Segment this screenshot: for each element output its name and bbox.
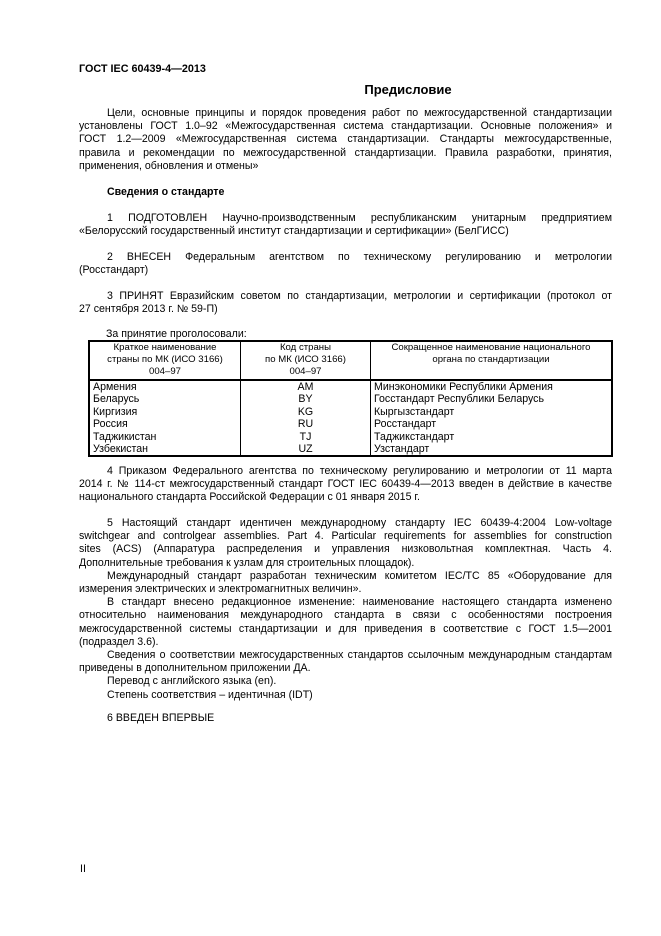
cell-country-code: TJ	[241, 431, 371, 443]
text-line: измерения электрических и электромагнитн…	[79, 583, 612, 596]
text-line: 27 сентября 2013 г. № 59-П)	[79, 303, 612, 316]
cell-national-body: Кыргызстандарт	[371, 406, 613, 418]
text-line: относительно наименования международного…	[79, 609, 612, 622]
text-line: 1 ПОДГОТОВЛЕН Научно-производственным ре…	[79, 212, 612, 225]
item-5: 5 Настоящий стандарт идентичен междунаро…	[79, 517, 612, 702]
table-row: КиргизияKGКыргызстандарт	[89, 406, 612, 418]
text-line: Международный стандарт разработан технич…	[79, 570, 612, 583]
item-6: 6 ВВЕДЕН ВПЕРВЫЕ	[79, 712, 612, 725]
text-line: межгосударственной системы стандартизаци…	[79, 623, 612, 636]
text-line: правила и рекомендации по межгосударстве…	[79, 147, 612, 160]
text-line: национального стандарта Российской Федер…	[79, 491, 612, 504]
cell-country-name: Таджикистан	[89, 431, 241, 443]
text-line: 2 ВНЕСЕН Федеральным агентством по техни…	[79, 251, 612, 264]
text-line: Дополнительные требования к узлам для ст…	[79, 557, 612, 570]
header-national-body: Сокращенное наименование национального о…	[371, 341, 613, 380]
table-row: РоссияRUРосстандарт	[89, 418, 612, 430]
header-country-code: Код страны по МК (ИСО 3166) 004–97	[241, 341, 371, 380]
text-line: приведены в дополнительном приложении ДА…	[79, 662, 612, 675]
item-2: 2 ВНЕСЕН Федеральным агентством по техни…	[79, 251, 612, 277]
cell-national-body: Госстандарт Республики Беларусь	[371, 393, 613, 405]
text-line: применения, обновления и отмены»	[79, 160, 612, 173]
document-code-header: ГОСТ IEC 60439-4—2013	[79, 63, 206, 75]
table-row: УзбекистанUZУзстандарт	[89, 443, 612, 456]
table-header-row: Краткое наименование страны по МК (ИСО 3…	[89, 341, 612, 380]
cell-national-body: Узстандарт	[371, 443, 613, 456]
cell-country-code: RU	[241, 418, 371, 430]
vote-table: Краткое наименование страны по МК (ИСО 3…	[88, 340, 613, 457]
text-line: 5 Настоящий стандарт идентичен междунаро…	[79, 517, 612, 530]
text-line: (Росстандарт)	[79, 264, 612, 277]
text-line: В стандарт внесено редакционное изменени…	[79, 596, 612, 609]
item-3: 3 ПРИНЯТ Евразийским советом по стандарт…	[79, 290, 612, 316]
page-title: Предисловие	[0, 82, 661, 97]
text-line: ГОСТ 1.2—2009 «Межгосударственная систем…	[79, 133, 612, 146]
text-line: Степень соответствия – идентичная (IDT)	[79, 689, 612, 702]
cell-country-name: Беларусь	[89, 393, 241, 405]
cell-country-code: AM	[241, 380, 371, 393]
cell-country-name: Россия	[89, 418, 241, 430]
text-line: Перевод с английского языка (en).	[79, 675, 612, 688]
cell-national-body: Росстандарт	[371, 418, 613, 430]
header-country-name: Краткое наименование страны по МК (ИСО 3…	[89, 341, 241, 380]
text-line: (подраздел 3.6).	[79, 636, 612, 649]
cell-country-code: KG	[241, 406, 371, 418]
cell-country-name: Армения	[89, 380, 241, 393]
cell-national-body: Минэкономики Республики Армения	[371, 380, 613, 393]
cell-country-name: Узбекистан	[89, 443, 241, 456]
item-1: 1 ПОДГОТОВЛЕН Научно-производственным ре…	[79, 212, 612, 238]
section-heading: Сведения о стандарте	[79, 186, 612, 199]
cell-country-code: BY	[241, 393, 371, 405]
text-line: 2014 г. № 114-ст межгосударственный стан…	[79, 478, 612, 491]
table-row: ТаджикистанTJТаджикстандарт	[89, 431, 612, 443]
page-number: II	[80, 863, 86, 875]
text-line: установлены ГОСТ 1.0–92 «Межгосударствен…	[79, 120, 612, 133]
text-line: 3 ПРИНЯТ Евразийским советом по стандарт…	[79, 290, 612, 303]
cell-national-body: Таджикстандарт	[371, 431, 613, 443]
item-4: 4 Приказом Федерального агентства по тех…	[79, 465, 612, 505]
text-line: Цели, основные принципы и порядок провед…	[79, 107, 612, 120]
table-row: АрменияAMМинэкономики Республики Армения	[89, 380, 612, 393]
cell-country-name: Киргизия	[89, 406, 241, 418]
table-row: БеларусьBYГосстандарт Республики Беларус…	[89, 393, 612, 405]
vote-caption: За принятие проголосовали:	[106, 328, 247, 340]
text-line: switchgear and controlgear assemblies. P…	[79, 530, 612, 543]
text-line: Сведения о соответствии межгосударственн…	[79, 649, 612, 662]
text-line: sites (ACS) (Аппаратура распределения и …	[79, 543, 612, 556]
text-line: «Белорусский государственный институт ст…	[79, 225, 612, 238]
intro-paragraph: Цели, основные принципы и порядок провед…	[79, 107, 612, 173]
cell-country-code: UZ	[241, 443, 371, 456]
text-line: 4 Приказом Федерального агентства по тех…	[79, 465, 612, 478]
